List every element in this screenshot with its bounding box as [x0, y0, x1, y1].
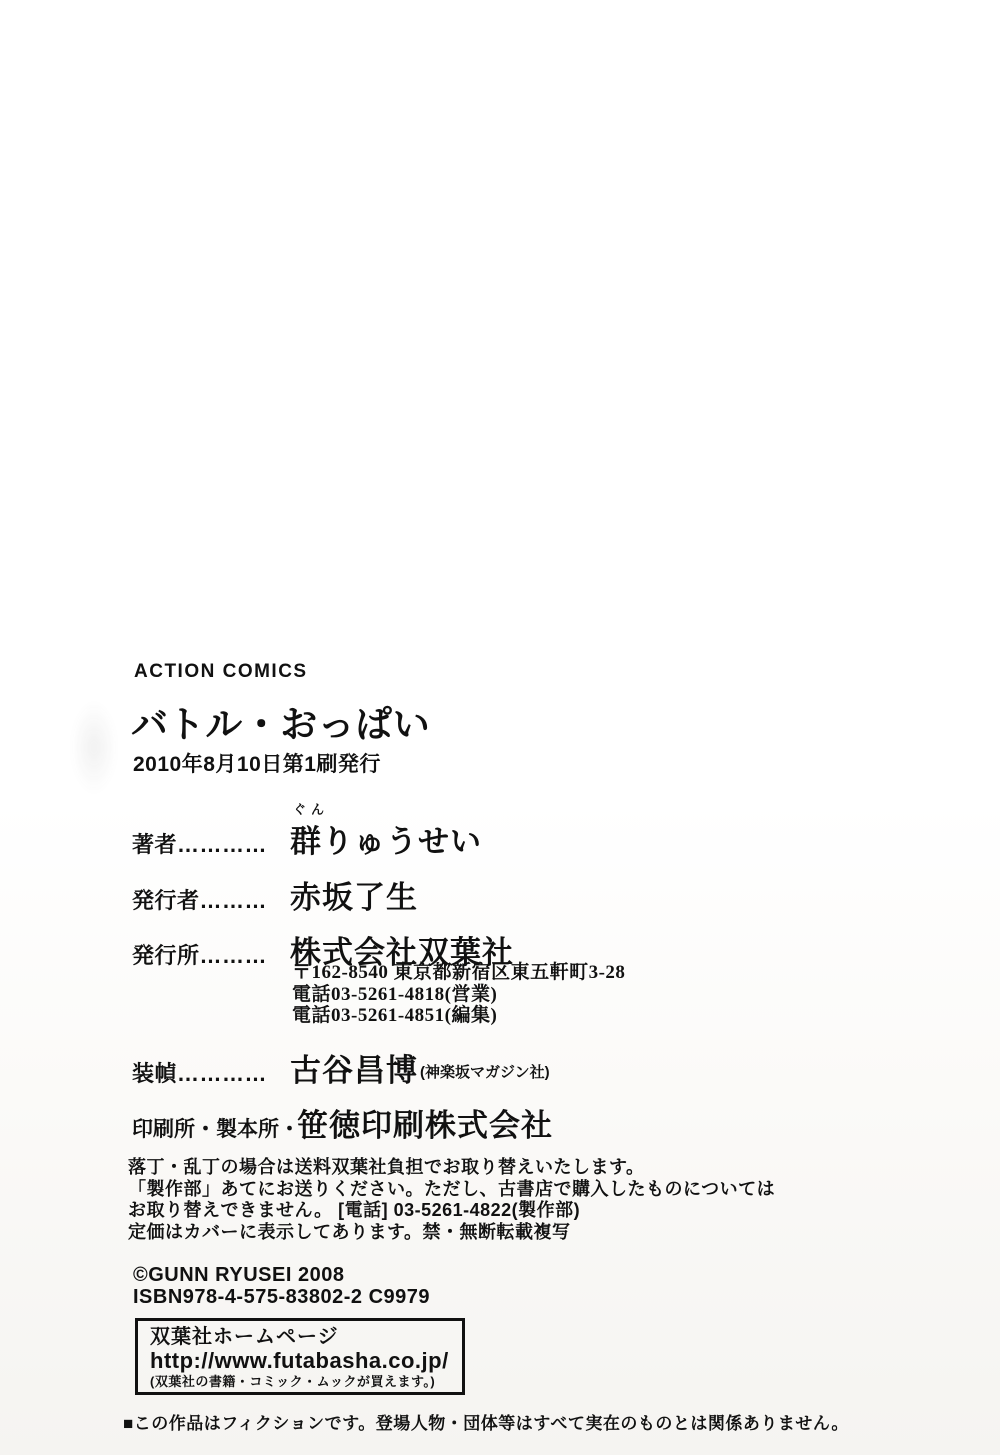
scan-smudge [70, 700, 118, 795]
book-title: バトル・おっぱい [131, 694, 430, 748]
author-name: 群りゅうせい [290, 824, 482, 859]
notice-line-2: 「製作部」あてにお送りください。ただし、古書店で購入したものについては [128, 1179, 775, 1201]
publisher-tel-editorial: 電話03-5261-4851(編集) [292, 1005, 625, 1027]
credit-row-design: 装幀………… 古谷昌博 (神楽坂マガジン社) [132, 1045, 550, 1090]
print-date: 2010年8月10日第1刷発行 [133, 748, 381, 778]
copyright-line: ©GUNN RYUSEI 2008 [133, 1264, 430, 1286]
homepage-url: http://www.futabasha.co.jp/ [150, 1349, 462, 1373]
colophon-page: ACTION COMICS バトル・おっぱい 2010年8月10日第1刷発行 著… [0, 0, 1000, 1455]
publisher-person-name: 赤坂了生 [290, 872, 418, 917]
homepage-title: 双葉社ホームページ [150, 1326, 462, 1349]
credit-row-author: 著者………… ぐん 群りゅうせい [132, 816, 482, 861]
homepage-note: (双葉社の書籍・コミック・ムックが買えます。) [150, 1374, 462, 1390]
publisher-details: 〒162-8540 東京都新宿区東五軒町3-28 電話03-5261-4818(… [292, 962, 625, 1027]
series-label: ACTION COMICS [134, 661, 308, 683]
printer-name: 笹徳印刷株式会社 [297, 1100, 553, 1145]
designer-name: 古谷昌博 [290, 1045, 418, 1090]
rights-block: ©GUNN RYUSEI 2008 ISBN978-4-575-83802-2 … [133, 1264, 430, 1308]
design-affiliation: (神楽坂マガジン社) [420, 1061, 550, 1082]
furigana-gun: ぐん [293, 799, 329, 818]
publisher-tel-sales: 電話03-5261-4818(営業) [292, 984, 625, 1006]
notice-line-4: 定価はカバーに表示してあります。禁・無断転載複写 [128, 1222, 775, 1244]
notice-block: 落丁・乱丁の場合は送料双葉社負担でお取り替えいたします。 「製作部」あてにお送り… [128, 1157, 775, 1243]
credit-row-publisher-person: 発行者……… 赤坂了生 [132, 872, 418, 917]
credit-label-publisher-person: 発行者……… [132, 884, 290, 915]
credit-label-design: 装幀………… [132, 1057, 290, 1088]
credit-row-printer: 印刷所・製本所・・ 笹徳印刷株式会社 [132, 1100, 553, 1145]
author-name-wrap: ぐん 群りゅうせい [290, 816, 482, 861]
homepage-box: 双葉社ホームページ http://www.futabasha.co.jp/ (双… [135, 1318, 465, 1395]
notice-line-1: 落丁・乱丁の場合は送料双葉社負担でお取り替えいたします。 [128, 1157, 775, 1179]
credit-label-author: 著者………… [132, 828, 290, 859]
footer-disclaimer: ■この作品はフィクションです。登場人物・団体等はすべて実在のものとは関係ありませ… [123, 1409, 849, 1434]
publisher-address: 〒162-8540 東京都新宿区東五軒町3-28 [292, 962, 625, 984]
notice-line-3: お取り替えできません。 [電話] 03-5261-4822(製作部) [128, 1200, 775, 1222]
isbn-line: ISBN978-4-575-83802-2 C9979 [133, 1286, 430, 1308]
credit-label-publisher-company: 発行所……… [132, 939, 290, 970]
credit-label-printer: 印刷所・製本所・・ [132, 1113, 297, 1143]
